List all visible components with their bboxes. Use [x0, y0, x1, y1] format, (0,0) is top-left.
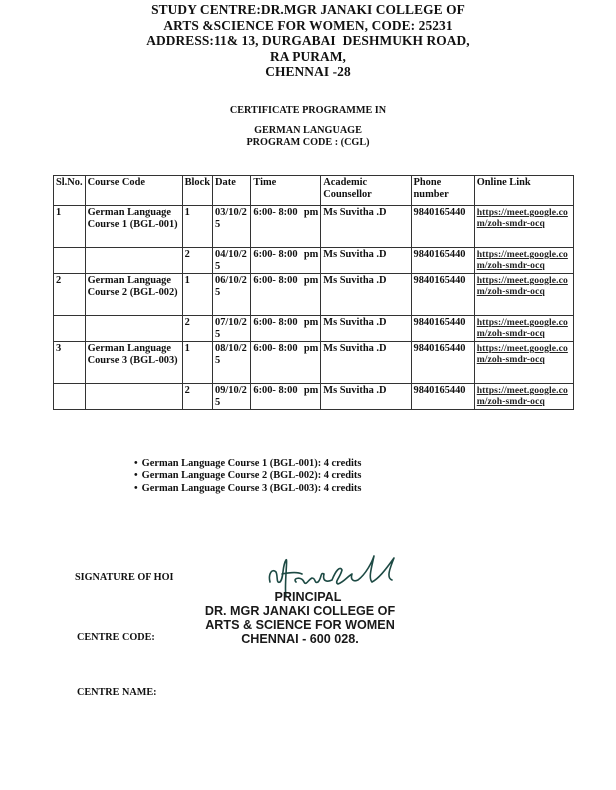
- cell-course: [85, 316, 182, 342]
- centre-name-label: CENTRE NAME:: [77, 687, 157, 699]
- time-range: 6:00- 8:00: [253, 343, 297, 354]
- signature-of-hoi-label: SIGNATURE OF HOI: [75, 572, 174, 584]
- cell-time: 6:00- 8:00pm: [251, 316, 321, 342]
- header-line-5: CHENNAI -28: [0, 64, 616, 80]
- header-course-code: Course Code: [85, 176, 182, 206]
- table-row: 209/10/256:00- 8:00pmMs Suvitha .D984016…: [54, 384, 574, 410]
- cell-time: 6:00- 8:00pm: [251, 206, 321, 248]
- header-online-link: Online Link: [474, 176, 573, 206]
- header-line-4: RA PURAM,: [0, 49, 616, 65]
- header-phone-number: Phone number: [411, 176, 474, 206]
- cell-sl-no: 2: [54, 274, 86, 316]
- time-meridiem: pm: [304, 207, 318, 219]
- cell-sl-no: 3: [54, 342, 86, 384]
- cell-online-link: https://meet.google.com/zoh-smdr-ocq: [474, 248, 573, 274]
- table-header-row: Sl.No. Course Code Block Date Time Acade…: [54, 176, 574, 206]
- header-line-1: STUDY CENTRE:DR.MGR JANAKI COLLEGE OF: [0, 2, 616, 18]
- time-meridiem: pm: [304, 249, 318, 261]
- table-row: 1German Language Course 1 (BGL-001)103/1…: [54, 206, 574, 248]
- cell-time: 6:00- 8:00pm: [251, 248, 321, 274]
- cell-phone: 9840165440: [411, 316, 474, 342]
- credits-list: German Language Course 1 (BGL-001): 4 cr…: [134, 458, 361, 495]
- stamp-college-line-2: ARTS & SCIENCE FOR WOMEN: [180, 618, 420, 632]
- table-row: 207/10/256:00- 8:00pmMs Suvitha .D984016…: [54, 316, 574, 342]
- meet-link[interactable]: https://meet.google.com/zoh-smdr-ocq: [477, 275, 571, 297]
- time-meridiem: pm: [304, 317, 318, 329]
- cell-time: 6:00- 8:00pm: [251, 384, 321, 410]
- time-range: 6:00- 8:00: [253, 385, 297, 396]
- cell-block: 1: [182, 274, 212, 316]
- programme-code: PROGRAM CODE : (CGL): [0, 137, 616, 149]
- meet-link[interactable]: https://meet.google.com/zoh-smdr-ocq: [477, 317, 571, 339]
- header-sl-no: Sl.No.: [54, 176, 86, 206]
- cell-course: [85, 384, 182, 410]
- credit-item: German Language Course 2 (BGL-002): 4 cr…: [134, 470, 361, 482]
- cell-online-link: https://meet.google.com/zoh-smdr-ocq: [474, 206, 573, 248]
- cell-sl-no: [54, 384, 86, 410]
- cell-counsellor: Ms Suvitha .D: [321, 248, 411, 274]
- programme-subject: GERMAN LANGUAGE: [0, 125, 616, 137]
- meet-link[interactable]: https://meet.google.com/zoh-smdr-ocq: [477, 385, 571, 407]
- cell-counsellor: Ms Suvitha .D: [321, 206, 411, 248]
- cell-block: 1: [182, 206, 212, 248]
- credit-item: German Language Course 3 (BGL-003): 4 cr…: [134, 483, 361, 495]
- study-centre-header: STUDY CENTRE:DR.MGR JANAKI COLLEGE OF AR…: [0, 2, 616, 80]
- cell-date: 08/10/25: [213, 342, 251, 384]
- cell-course: German Language Course 1 (BGL-001): [85, 206, 182, 248]
- cell-date: 03/10/25: [213, 206, 251, 248]
- header-block: Block: [182, 176, 212, 206]
- cell-date: 09/10/25: [213, 384, 251, 410]
- cell-counsellor: Ms Suvitha .D: [321, 274, 411, 316]
- time-meridiem: pm: [304, 275, 318, 287]
- time-range: 6:00- 8:00: [253, 249, 297, 260]
- cell-sl-no: 1: [54, 206, 86, 248]
- cell-phone: 9840165440: [411, 342, 474, 384]
- cell-course: [85, 248, 182, 274]
- table-row: 2German Language Course 2 (BGL-002)106/1…: [54, 274, 574, 316]
- header-date: Date: [213, 176, 251, 206]
- time-range: 6:00- 8:00: [253, 317, 297, 328]
- header-academic-counsellor: Academic Counsellor: [321, 176, 411, 206]
- table-row: 3German Language Course 3 (BGL-003)108/1…: [54, 342, 574, 384]
- cell-phone: 9840165440: [411, 248, 474, 274]
- time-range: 6:00- 8:00: [253, 207, 297, 218]
- schedule-table: Sl.No. Course Code Block Date Time Acade…: [53, 175, 574, 410]
- cell-phone: 9840165440: [411, 274, 474, 316]
- meet-link[interactable]: https://meet.google.com/zoh-smdr-ocq: [477, 249, 571, 271]
- cell-phone: 9840165440: [411, 206, 474, 248]
- cell-sl-no: [54, 316, 86, 342]
- header-line-3: ADDRESS:11& 13, DURGABAI DESHMUKH ROAD,: [0, 33, 616, 49]
- cell-block: 2: [182, 316, 212, 342]
- cell-block: 2: [182, 248, 212, 274]
- centre-code-label: CENTRE CODE:: [77, 632, 155, 644]
- cell-block: 2: [182, 384, 212, 410]
- cell-counsellor: Ms Suvitha .D: [321, 316, 411, 342]
- time-range: 6:00- 8:00: [253, 275, 297, 286]
- table-row: 204/10/256:00- 8:00pmMs Suvitha .D984016…: [54, 248, 574, 274]
- cell-sl-no: [54, 248, 86, 274]
- cell-date: 07/10/25: [213, 316, 251, 342]
- cell-date: 04/10/25: [213, 248, 251, 274]
- cell-online-link: https://meet.google.com/zoh-smdr-ocq: [474, 274, 573, 316]
- stamp-college-line: DR. MGR JANAKI COLLEGE OF: [180, 604, 420, 618]
- cell-time: 6:00- 8:00pm: [251, 342, 321, 384]
- stamp-title: PRINCIPAL: [180, 590, 420, 604]
- cell-online-link: https://meet.google.com/zoh-smdr-ocq: [474, 316, 573, 342]
- cell-time: 6:00- 8:00pm: [251, 274, 321, 316]
- cell-online-link: https://meet.google.com/zoh-smdr-ocq: [474, 342, 573, 384]
- header-time: Time: [251, 176, 321, 206]
- time-meridiem: pm: [304, 343, 318, 355]
- principal-stamp: PRINCIPAL DR. MGR JANAKI COLLEGE OF ARTS…: [180, 590, 420, 646]
- meet-link[interactable]: https://meet.google.com/zoh-smdr-ocq: [477, 343, 571, 365]
- cell-phone: 9840165440: [411, 384, 474, 410]
- cell-course: German Language Course 2 (BGL-002): [85, 274, 182, 316]
- header-line-2: ARTS &SCIENCE FOR WOMEN, CODE: 25231: [0, 18, 616, 34]
- programme-title: CERTIFICATE PROGRAMME IN: [0, 105, 616, 117]
- credit-item: German Language Course 1 (BGL-001): 4 cr…: [134, 458, 361, 470]
- stamp-city: CHENNAI - 600 028.: [180, 632, 420, 646]
- cell-counsellor: Ms Suvitha .D: [321, 342, 411, 384]
- time-meridiem: pm: [304, 385, 318, 397]
- meet-link[interactable]: https://meet.google.com/zoh-smdr-ocq: [477, 207, 571, 229]
- cell-date: 06/10/25: [213, 274, 251, 316]
- cell-online-link: https://meet.google.com/zoh-smdr-ocq: [474, 384, 573, 410]
- cell-course: German Language Course 3 (BGL-003): [85, 342, 182, 384]
- cell-block: 1: [182, 342, 212, 384]
- cell-counsellor: Ms Suvitha .D: [321, 384, 411, 410]
